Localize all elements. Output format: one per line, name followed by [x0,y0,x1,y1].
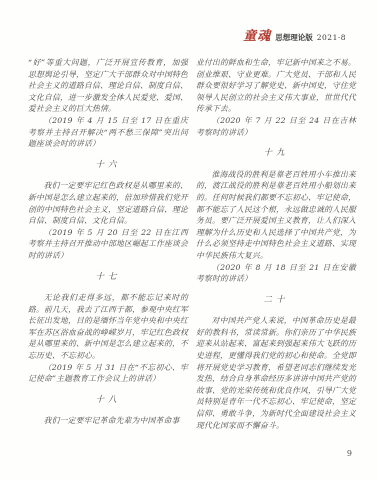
section-heading: 十八 [28,395,188,407]
paragraph: 我们一定要牢记革命先辈为中国革命事 [28,415,188,427]
section-heading: 十六 [28,160,188,172]
column-right: 业付出的鲜血和生命，牢记新中国来之不易。创业维艰、守业更难。广大党员、干部和人民… [196,57,356,431]
attribution: （2020 年 7 月 22 日至 24 日在吉林考察时的讲话） [196,115,356,138]
attribution: （2019 年 5 月 31 日在“不忘初心、牢记使命”主题教育工作会议上的讲话… [28,362,188,385]
section-heading: 十九 [196,148,356,160]
section-heading: 二十 [196,295,356,307]
paragraph: 淮海战役的胜利是靠老百姓用小车推出来的，渡江战役的胜利是靠老百姓用小船划出来的。… [196,169,356,262]
attribution: （2020 年 8 月 18 日至 21 日在安徽考察时的讲话） [196,262,356,285]
paragraph: 无论我们走得多远，都不能忘记来时的路。前几天，我去了江西于都，参观中央红军长征出… [28,292,188,362]
paragraph: 对中国共产党人来说，中国革命历史是最好的教科书，常读常新。你们亲历了中华民族迎来… [196,315,356,431]
attribution: （2019 年 4 月 15 日至 17 日在重庆考察并主持召开解决“两不愁三保… [28,115,188,150]
journal-logo: 童魂 [243,25,271,44]
page-number: 9 [347,449,352,458]
paragraph: 我们一定要牢记红色政权是从哪里来的、新中国是怎么建立起来的，倍加珍惜我们党开创的… [28,180,188,226]
column-left: “好”等重大问题，广泛开展宣传教育，加强思想舆论引导，坚定广大干部群众对中国特色… [28,57,188,431]
paragraph: “好”等重大问题，广泛开展宣传教育，加强思想舆论引导，坚定广大干部群众对中国特色… [28,57,188,115]
paragraph: 业付出的鲜血和生命，牢记新中国来之不易。创业维艰、守业更难。广大党员、干部和人民… [196,57,356,115]
text-body: “好”等重大问题，广泛开展宣传教育，加强思想舆论引导，坚定广大干部群众对中国特色… [28,57,356,431]
journal-page: 童魂 思想理论版 2021·8 “好”等重大问题，广泛开展宣传教育，加强思想舆论… [0,0,377,480]
page-header: 童魂 思想理论版 2021·8 [243,25,346,44]
issue-label: 2021·8 [317,33,346,42]
section-heading: 十七 [28,272,188,284]
attribution: （2019 年 5 月 20 日至 22 日在江西考察并主持召开推动中部地区崛起… [28,227,188,262]
edition-label: 思想理论版 [275,32,313,43]
